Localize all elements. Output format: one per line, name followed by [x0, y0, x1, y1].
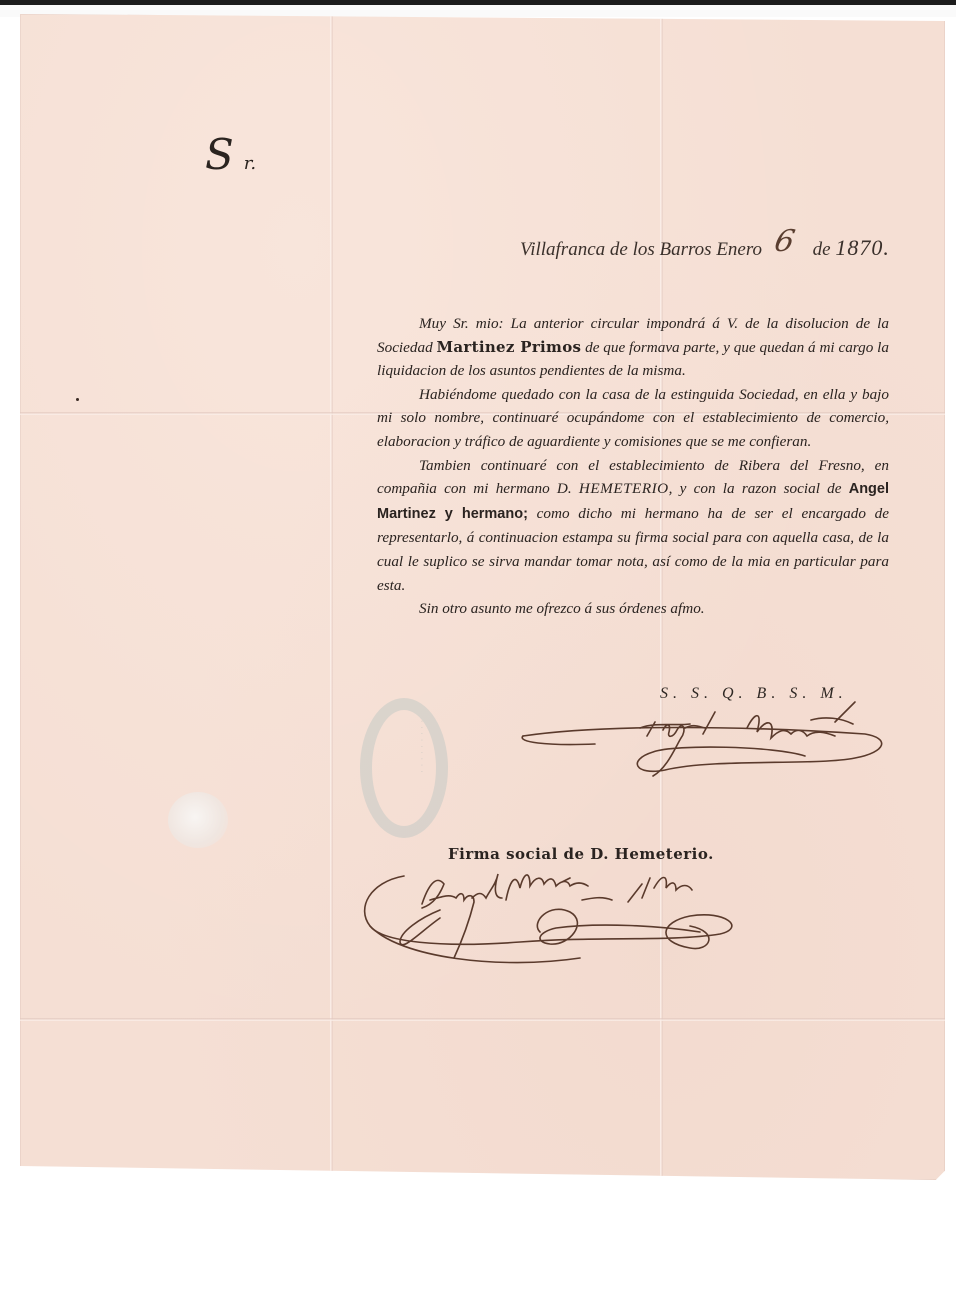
paragraph-2: Habiéndome quedado con la casa de la est… — [377, 383, 889, 454]
dateline: Villafranca de los Barros Enero 6 de 187… — [520, 228, 890, 263]
salutation: Sr. — [205, 130, 256, 179]
salutation-s: S — [205, 130, 236, 179]
company-name-martinez-primos: Martinez Primos — [437, 338, 582, 356]
blind-embossed-seal — [168, 792, 228, 848]
dateline-year: 1870. — [835, 235, 890, 260]
ink-speck — [76, 398, 79, 401]
firma-social-heading: Firma social de D. Hemeterio. — [448, 845, 714, 863]
dateline-place: Villafranca de los Barros Enero — [520, 239, 762, 260]
letter-body: Muy Sr. mio: La anterior circular impond… — [377, 312, 889, 621]
fold-line-vertical-left — [330, 14, 333, 1180]
paragraph-3-text-b: , y con la razon social de — [669, 480, 849, 497]
dateline-day: 6 — [771, 224, 798, 259]
fold-line-horizontal-lower — [20, 1018, 945, 1021]
name-hemeterio: HEMETERIO — [579, 480, 669, 497]
stamp-text: · · · · · · · · · — [418, 720, 425, 774]
dateline-year-prefix: de — [813, 239, 831, 260]
salutation-r: r. — [244, 153, 256, 174]
paragraph-4: Sin otro asunto me ofrezco á sus órdenes… — [377, 597, 889, 621]
closing-abbreviation: S. S. Q. B. S. M. — [660, 685, 848, 703]
paragraph-1: Muy Sr. mio: La anterior circular impond… — [377, 312, 889, 383]
paragraph-3: Tambien continuaré con el establecimient… — [377, 454, 889, 598]
oval-ink-stamp — [360, 698, 448, 838]
